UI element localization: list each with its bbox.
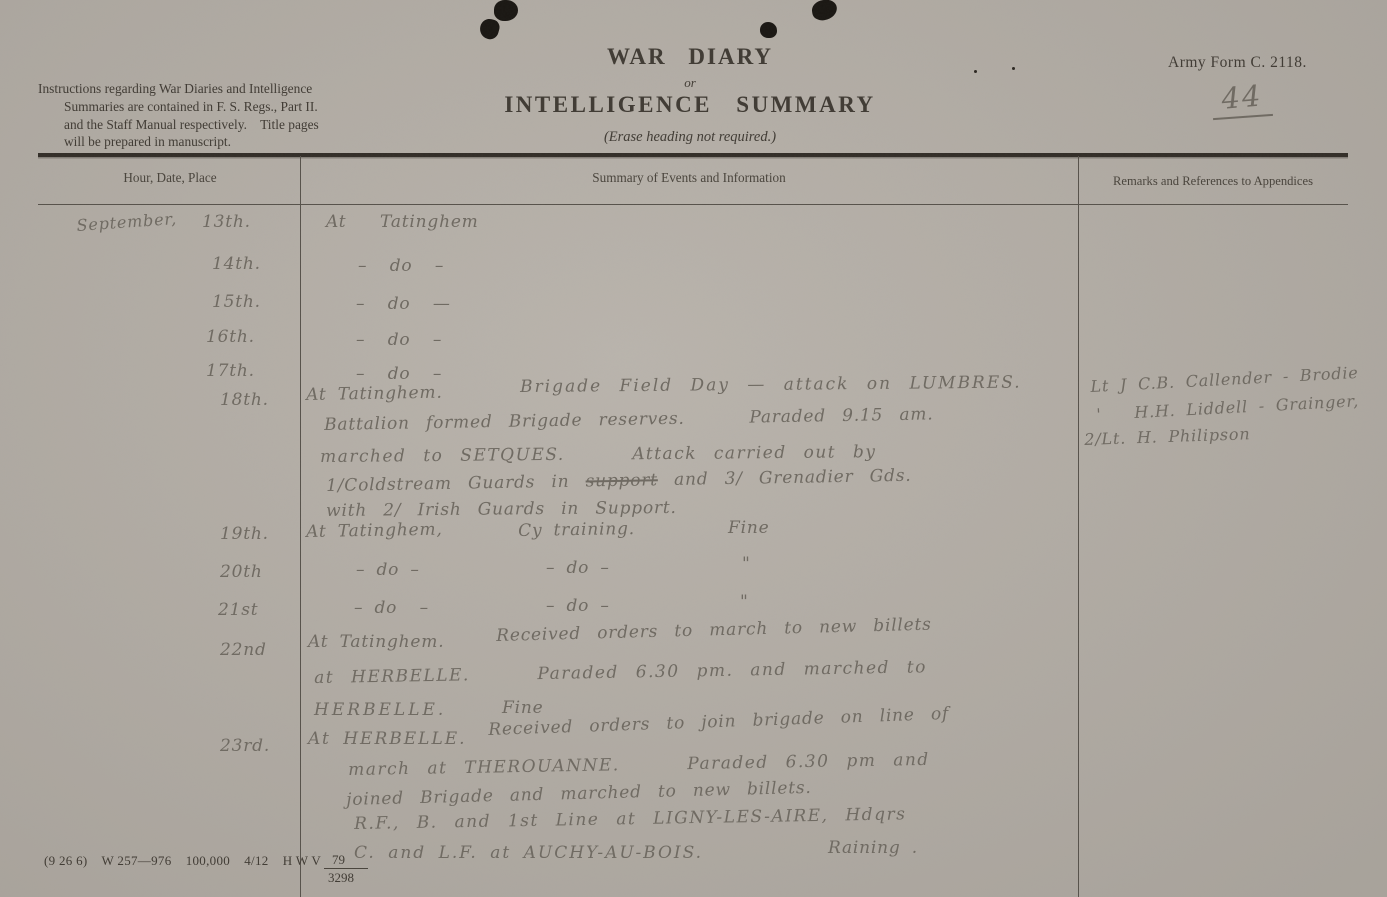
entry-line: Battalion formed Brigade reserves. Parad…	[324, 404, 934, 435]
remarks-line: Lt J C.B. Callender - Brodie	[1090, 363, 1359, 396]
entry-event: Cy training.	[518, 519, 635, 541]
entry-date: 15th.	[212, 292, 261, 312]
entry-place: – do –	[356, 560, 420, 580]
entry-line: At Tatinghem	[326, 212, 479, 232]
entry-line-segment: and 3/ Grenadier Gds.	[658, 466, 912, 490]
entry-date: 14th.	[212, 254, 261, 274]
entry-line: with 2/ Irish Guards in Support.	[326, 498, 677, 521]
table-top-rule	[38, 153, 1348, 157]
entry-line: 1/Coldstream Guards in support and 3/ Gr…	[326, 466, 912, 496]
table-header-rule	[38, 204, 1348, 205]
ink-blot	[478, 17, 502, 41]
entry-weather: Raining .	[828, 838, 918, 858]
entry-line: Received orders to join brigade on line …	[488, 704, 949, 740]
ink-blot	[494, 0, 518, 21]
entry-line: at HERBELLE. Paraded 6.30 pm. and marche…	[314, 657, 927, 688]
print-code-denominator: 3298	[328, 870, 354, 886]
column-header-summary: Summary of Events and Information	[300, 170, 1078, 186]
ink-speck	[974, 70, 977, 73]
entry-date: 16th.	[206, 327, 255, 347]
entry-weather: Fine	[728, 518, 769, 538]
entry-date: 18th.	[220, 390, 269, 410]
entry-place: – do –	[354, 598, 429, 618]
form-instructions-line: will be prepared in manuscript.	[38, 133, 398, 151]
remarks-line: 2/Lt. H. Philipson	[1084, 424, 1251, 449]
sheet-number: 44	[1220, 78, 1264, 115]
ink-blot	[760, 22, 777, 38]
entry-line: At HERBELLE.	[308, 729, 467, 749]
form-instructions: Instructions regarding War Diaries and I…	[38, 80, 398, 151]
form-subtitle: INTELLIGENCE SUMMARY	[410, 92, 970, 118]
column-header-remarks: Remarks and References to Appendices	[1080, 174, 1346, 189]
entry-date: 17th.	[206, 361, 255, 381]
entry-line-segment: 1/Coldstream Guards in	[326, 471, 586, 496]
entry-line: R.F., B. and 1st Line at LIGNY-LES-AIRE,…	[354, 804, 907, 834]
entry-place: At Tatinghem,	[306, 520, 443, 542]
entry-line: – do –	[358, 256, 444, 276]
entry-line: Received orders to march to new billets	[496, 615, 932, 646]
entry-line: – do –	[356, 364, 442, 384]
ink-speck	[1012, 67, 1015, 70]
entry-line: march at THEROUANNE. Paraded 6.30 pm and	[348, 750, 930, 780]
form-title: WAR DIARY	[460, 44, 920, 70]
form-instructions-line: and the Staff Manual respectively. Title…	[38, 116, 398, 134]
entry-line: At Tatinghem.	[308, 632, 444, 652]
army-form-reference: Army Form C. 2118.	[1168, 54, 1307, 72]
print-code-numerator: 79	[332, 852, 345, 868]
entry-date: 20th	[220, 562, 263, 582]
entry-date: 13th.	[202, 212, 251, 232]
form-instructions-line: Instructions regarding War Diaries and I…	[38, 80, 398, 98]
column-header-hour-date-place: Hour, Date, Place	[40, 170, 300, 186]
entry-line: joined Brigade and marched to new billet…	[346, 778, 812, 810]
entry-event: – do –	[546, 596, 610, 616]
war-diary-scan: Instructions regarding War Diaries and I…	[0, 0, 1387, 897]
entry-event: – do –	[546, 558, 610, 578]
entry-month: September,	[76, 209, 178, 235]
entry-date: 22nd	[220, 640, 267, 660]
entry-line: marched to SETQUES. Attack carried out b…	[320, 442, 877, 467]
entry-line: HERBELLE.	[314, 700, 446, 720]
entry-line: – do –	[356, 330, 442, 350]
entry-weather-ditto: "	[742, 554, 751, 574]
entry-date: 19th.	[220, 524, 269, 544]
heading-note: (Erase heading not required.)	[460, 129, 920, 146]
struck-word: support	[585, 470, 658, 491]
ink-blot	[811, 0, 839, 22]
entry-date: 23rd.	[220, 736, 270, 756]
print-code-fraction-bar	[324, 868, 368, 869]
entry-line: C. and L.F. at AUCHY-AU-BOIS.	[354, 843, 703, 863]
form-instructions-line: Summaries are contained in F. S. Regs., …	[38, 98, 398, 116]
entry-line: Brigade Field Day — attack on LUMBRES.	[520, 373, 1022, 397]
table-column-rule-left	[300, 156, 301, 897]
remarks-line: ' H.H. Liddell - Grainger,	[1096, 391, 1359, 424]
entry-date: 21st	[218, 600, 258, 620]
entry-weather: Fine	[502, 698, 543, 718]
form-title-or: or	[460, 75, 920, 91]
entry-weather-ditto: "	[740, 592, 749, 612]
entry-line: – do —	[356, 294, 451, 314]
table-column-rule-right	[1078, 156, 1079, 897]
print-code: (9 26 6) W 257—976 100,000 4/12 H W V	[44, 853, 321, 869]
entry-line: At Tatinghem.	[306, 383, 443, 405]
